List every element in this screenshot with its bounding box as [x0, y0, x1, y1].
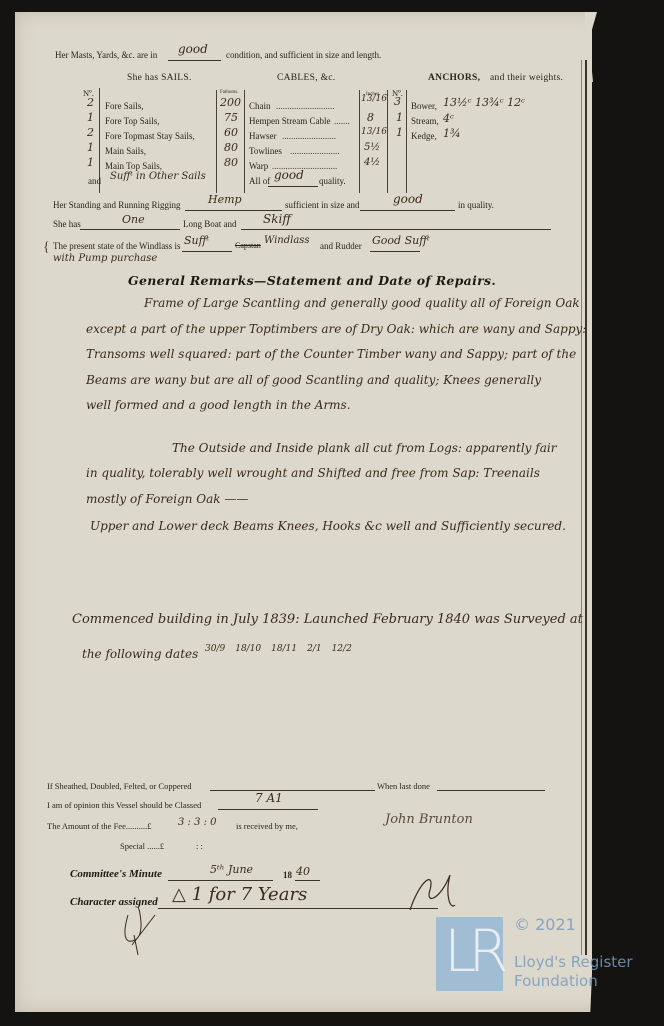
boats-mid: Long Boat and	[183, 219, 237, 229]
survey-dates: 30/9 18/10 18/11 2/1 12/2	[205, 638, 352, 656]
rigging-prefix: Her Standing and Running Rigging	[53, 200, 181, 210]
cable-fathoms: 60	[224, 126, 238, 139]
survey-date: 12/2	[332, 644, 352, 654]
fathoms-header: Fathoms.	[220, 90, 238, 95]
sail-count: 2	[87, 96, 94, 109]
cable-fathoms: 80	[224, 156, 238, 169]
masts-condition-value: good	[178, 42, 208, 56]
sail-count: 1	[87, 156, 94, 169]
cable-inches: 4½	[364, 157, 380, 168]
cable-inches: 13/16	[361, 94, 387, 104]
cables-col-line-b	[244, 90, 245, 193]
cables-quality-value: good	[274, 168, 304, 182]
classed-underline	[218, 809, 318, 810]
sails-and-label: and	[88, 176, 101, 186]
masts-underline	[168, 60, 221, 61]
rigging-quality-underline	[360, 210, 455, 211]
boats-underline	[80, 229, 180, 230]
sail-label: Fore Top Sails,	[105, 116, 159, 126]
rigging-quality-value: good	[393, 192, 423, 206]
sail-label: Main Sails,	[105, 146, 146, 156]
cable-label: Warp	[249, 161, 268, 171]
margin-rule	[585, 60, 587, 955]
remarks-line: Beams are wany but are all of good Scant…	[86, 373, 541, 387]
cable-label: Towlines	[249, 146, 282, 156]
initials-mark	[120, 905, 165, 960]
watermark-copyright: © 2021	[514, 915, 576, 934]
cable-inches: 5½	[364, 142, 380, 153]
sails-other-value: Suffᵗ in Other Sails	[110, 171, 206, 182]
anchor-label: Kedge,	[411, 131, 437, 141]
rigging-suffix: in quality.	[458, 200, 494, 210]
sail-count: 1	[87, 141, 94, 154]
classed-label: I am of opinion this Vessel should be Cl…	[47, 800, 201, 810]
anchor-weights: 4ᶜ	[443, 112, 454, 125]
anchor-count: 1	[396, 111, 403, 124]
cable-label: Hawser	[249, 131, 277, 141]
cable-inches: 8	[367, 111, 374, 124]
capstan-label: Capstan	[235, 241, 261, 250]
sail-label: Fore Sails,	[105, 101, 144, 111]
inches-col-line-a	[359, 90, 360, 193]
fee-suffix: is received by me,	[236, 821, 298, 831]
windlass-value: Suffᵗ	[184, 234, 209, 247]
remarks-line: Commenced building in July 1839: Launche…	[72, 612, 583, 627]
remarks-line: mostly of Foreign Oak ——	[86, 492, 248, 506]
sail-label: Main Top Sails,	[105, 161, 162, 171]
cable-fathoms: 200	[220, 96, 241, 109]
remarks-line: Frame of Large Scantling and generally g…	[144, 296, 580, 310]
rigging-underline	[185, 210, 282, 211]
anchors-col-line	[406, 90, 407, 193]
minute-label: Committee's Minute	[70, 868, 162, 880]
bracket-mark: {	[43, 240, 50, 256]
anchor-weights: 1¾	[443, 127, 461, 140]
character-value: △ 1 for 7 Years	[172, 884, 307, 905]
sheathed-underline	[210, 790, 375, 791]
rudder-value: Good Suffᵗ	[372, 234, 430, 247]
anchor-count: 1	[396, 126, 403, 139]
fee-label: The Amount of the Fee..........£	[47, 821, 151, 831]
boats-skiff-value: Skiff	[263, 212, 291, 226]
remarks-line: The Outside and Inside plank all cut fro…	[172, 441, 556, 455]
cable-label: Hempen Stream Cable	[249, 116, 330, 126]
special-label: Special ......£	[120, 841, 164, 851]
anchor-label: Stream,	[411, 116, 439, 126]
cable-fathoms: 75	[224, 111, 238, 124]
boats-skiff-underline	[241, 229, 551, 230]
surveyor-signature: John Brunton	[385, 812, 473, 827]
cables-heading: CABLES, &c.	[277, 73, 335, 83]
windlass-underline	[182, 251, 232, 252]
survey-date: 2/1	[307, 644, 321, 654]
remarks-line: the following dates	[82, 647, 198, 661]
remarks-line: Transoms well squared: part of the Count…	[86, 347, 576, 361]
minute-value: 5ᵗʰ June	[210, 863, 253, 876]
inches-col-line-b	[387, 90, 388, 193]
classed-value: 7 A1	[255, 791, 283, 805]
anchor-weights: 13½ᶜ 13¾ᶜ 12ᶜ	[443, 96, 525, 109]
sail-count: 2	[87, 126, 94, 139]
sails-heading: She has SAILS.	[127, 73, 192, 83]
lr-logo-icon: LR	[436, 917, 503, 991]
sail-label: Fore Topmast Stay Sails,	[105, 131, 195, 141]
remarks-heading: General Remarks—Statement and Date of Re…	[128, 273, 496, 288]
watermark-line2: Foundation	[514, 972, 598, 990]
chairman-initials	[400, 870, 460, 920]
survey-date: 18/11	[271, 644, 297, 654]
margin-rule-thin	[581, 60, 582, 955]
survey-date: 30/9	[205, 644, 225, 654]
windlass-continuation: with Pump purchase	[53, 253, 157, 264]
cable-inches: 13/16	[361, 127, 387, 137]
rigging-value: Hemp	[208, 193, 242, 206]
minute-year-prefix: 18	[283, 870, 292, 880]
cable-fathoms: 80	[224, 141, 238, 154]
last-done-underline	[437, 790, 545, 791]
capstan-value: Windlass	[264, 235, 310, 246]
boats-longboat-value: One	[122, 213, 145, 226]
rigging-mid: sufficient in size and	[285, 200, 360, 210]
boats-prefix: She has	[53, 219, 81, 229]
anchors-heading: ANCHORS,	[428, 73, 480, 83]
remarks-line: in quality, tolerably well wrought and S…	[86, 466, 540, 480]
page-torn-edge	[592, 0, 664, 1026]
minute-year-value: 40	[296, 865, 310, 878]
cable-label: Chain	[249, 101, 271, 111]
rudder-underline	[370, 251, 420, 252]
anchors-heading-rest: and their weights.	[490, 73, 563, 83]
cables-quality-underline	[268, 186, 318, 187]
rudder-label: and Rudder	[320, 241, 362, 251]
remarks-line: except a part of the upper Toptimbers ar…	[86, 322, 586, 336]
cables-quality-suffix: quality.	[319, 176, 346, 186]
masts-prefix: Her Masts, Yards, &c. are in	[55, 50, 157, 60]
remarks-line: Upper and Lower deck Beams Knees, Hooks …	[90, 519, 566, 533]
watermark-line1: Lloyd's Register	[514, 953, 633, 971]
windlass-prefix: The present state of the Windlass is	[53, 241, 180, 251]
minute-underline	[168, 880, 273, 881]
cables-quality-prefix: All of	[249, 176, 270, 186]
remarks-line: well formed and a good length in the Arm…	[86, 398, 351, 412]
masts-suffix: condition, and sufficient in size and le…	[226, 50, 381, 60]
anchor-count: 3	[394, 95, 401, 108]
anchor-label: Bower,	[411, 101, 437, 111]
sheathed-label: If Sheathed, Doubled, Felted, or Coppere…	[47, 781, 191, 791]
last-done-label: When last done	[377, 781, 430, 791]
sail-count: 1	[87, 111, 94, 124]
minute-year-underline	[295, 880, 320, 881]
survey-date: 18/10	[235, 644, 261, 654]
special-value: : :	[196, 841, 203, 851]
cables-col-line-a	[216, 90, 217, 193]
fee-value: 3 : 3 : 0	[178, 817, 217, 828]
character-underline	[158, 908, 438, 909]
